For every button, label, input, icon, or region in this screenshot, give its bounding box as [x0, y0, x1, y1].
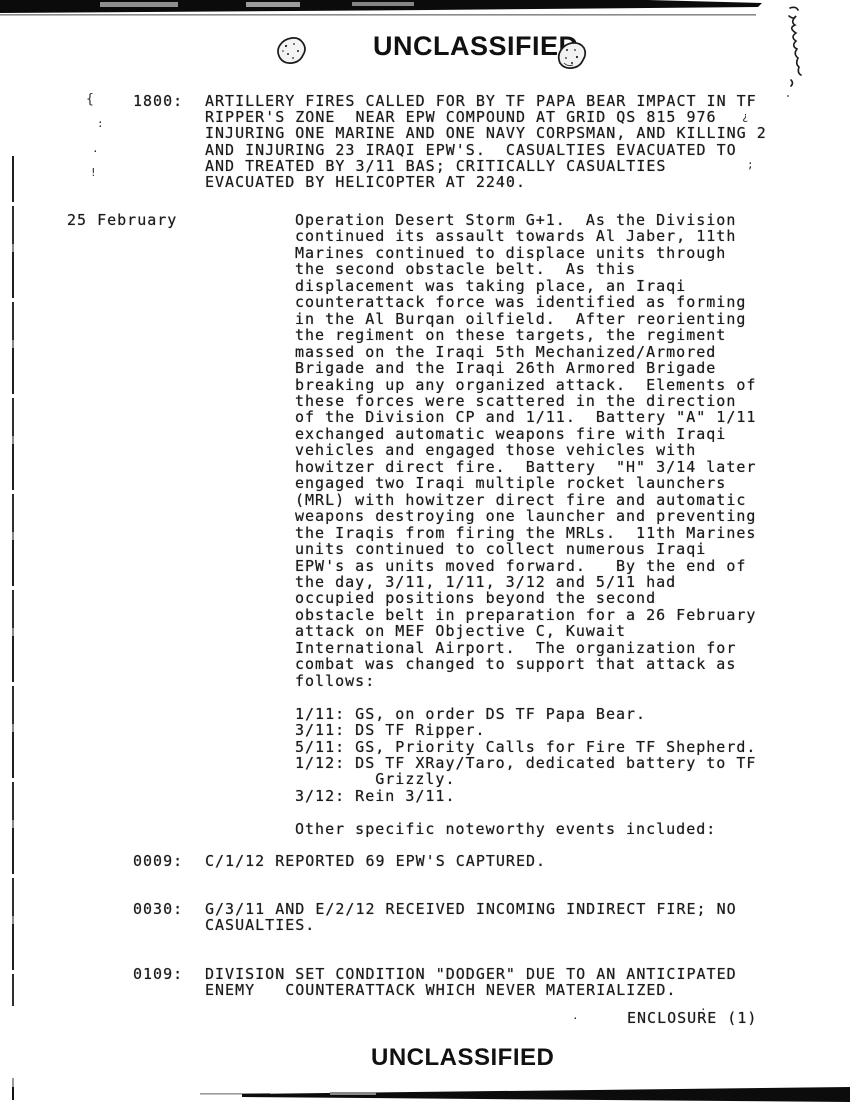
- entry-text: C/1/12 REPORTED 69 EPW'S CAPTURED.: [205, 853, 546, 869]
- scan-artifact: ·: [572, 1012, 579, 1025]
- top-redaction-bar: [0, 0, 850, 20]
- scan-artifact: .: [700, 1000, 707, 1013]
- entry-text: ARTILLERY FIRES CALLED FOR BY TF PAPA BE…: [205, 93, 767, 190]
- scan-artifact: ¿: [742, 110, 749, 123]
- stamp-icon: [276, 36, 308, 66]
- classification-header: UNCLASSIFIED: [373, 31, 579, 62]
- entry-time-label: 1800:: [133, 93, 183, 109]
- bottom-redaction-bar: [0, 1084, 850, 1107]
- scan-artifact: ;: [747, 158, 754, 171]
- scan-artifact: {: [86, 92, 94, 107]
- entry-time-label: 0109:: [133, 966, 183, 982]
- scan-artifact: !: [90, 166, 97, 179]
- entry-time-label: 0030:: [133, 901, 183, 917]
- scan-artifact: :: [97, 117, 104, 130]
- enclosure-label: ENCLOSURE (1): [627, 1009, 757, 1027]
- stamp-icon: [556, 41, 588, 71]
- entry-date-label: 25 February: [67, 212, 177, 228]
- entry-text: DIVISION SET CONDITION "DODGER" DUE TO A…: [205, 966, 737, 999]
- scan-artifact: ·: [92, 145, 99, 158]
- margin-squiggle-mark: [784, 6, 802, 102]
- entry-text: Operation Desert Storm G+1. As the Divis…: [295, 212, 756, 837]
- entry-text: G/3/11 AND E/2/12 RECEIVED INCOMING INDI…: [205, 901, 737, 934]
- entry-time-label: 0009:: [133, 853, 183, 869]
- classification-footer: UNCLASSIFIED: [371, 1044, 554, 1072]
- scan-fold-line: [12, 156, 14, 1006]
- document-page: UNCLASSIFIED 1800: ARTILLERY FIRES CALLE…: [0, 0, 850, 1107]
